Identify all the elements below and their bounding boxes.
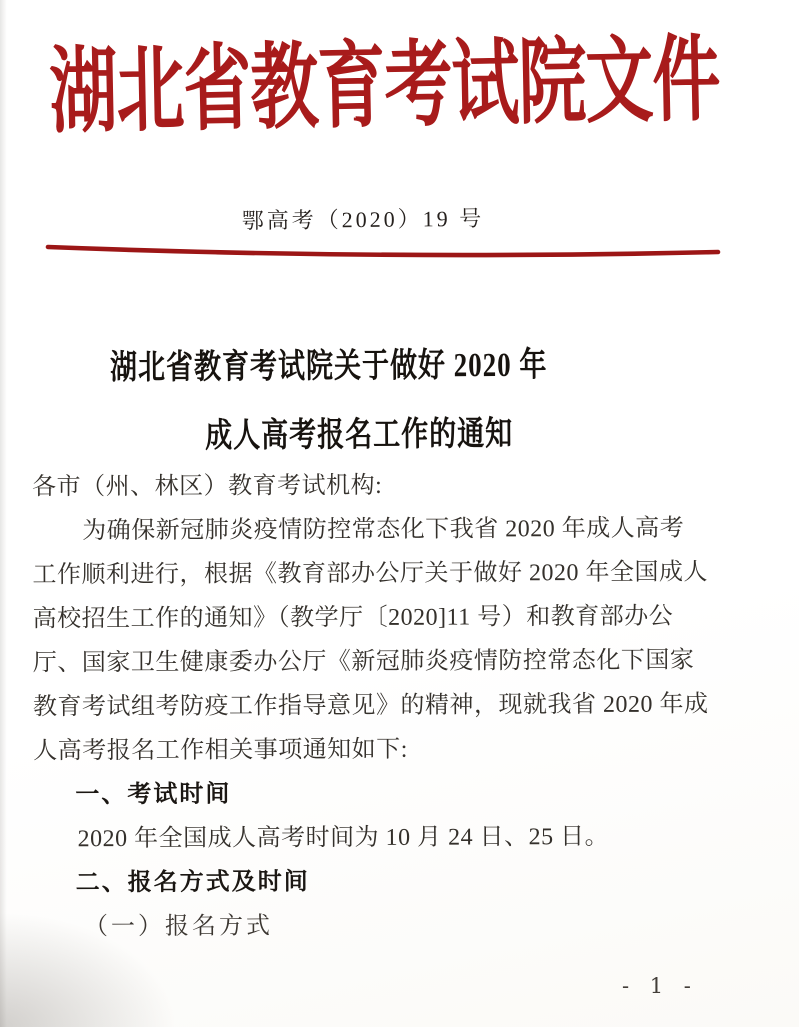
section1-text: 2020 年全国成人高考时间为 10 月 24 日、25 日。	[33, 815, 681, 862]
paragraph-line-3: 高校招生工作的通知》（教学厅〔2020]11 号）和教育部办公	[33, 595, 681, 642]
section2-subheading: （一）报名方式	[34, 903, 682, 950]
red-divider-line	[44, 240, 724, 266]
document-number: 鄂高考（2020）19 号	[33, 201, 693, 240]
document-body: 各市（州、林区）教育考试机构: 为确保新冠肺炎疫情防控常态化下我省 2020 年…	[32, 463, 682, 950]
page-number: - 1 -	[622, 974, 698, 998]
paragraph-line-6: 人高考报名工作相关事项通知如下:	[33, 727, 681, 774]
section2-heading: 二、报名方式及时间	[34, 859, 682, 906]
document-title-line2: 成人高考报名工作的通知	[36, 398, 681, 471]
paragraph-line-4: 厅、国家卫生健康委办公厅《新冠肺炎疫情防控常态化下国家	[33, 639, 681, 686]
document-title-line1: 湖北省教育考试院关于做好 2020 年	[6, 330, 651, 403]
salutation-line: 各市（州、林区）教育考试机构:	[32, 463, 680, 510]
paragraph-line-1: 为确保新冠肺炎疫情防控常态化下我省 2020 年成人高考	[32, 507, 680, 554]
paragraph-line-5: 教育考试组考防疫工作指导意见》的精神，现就我省 2020 年成	[33, 683, 681, 730]
agency-header-title: 湖北省教育考试院文件	[0, 15, 785, 157]
section1-heading: 一、考试时间	[33, 771, 681, 818]
document-title: 湖北省教育考试院关于做好 2020 年 成人高考报名工作的通知	[28, 330, 674, 472]
scanned-document-page: 湖北省教育考试院文件 鄂高考（2020）19 号 湖北省教育考试院关于做好 20…	[0, 0, 799, 1027]
paragraph-line-2: 工作顺利进行，根据《教育部办公厅关于做好 2020 年全国成人	[32, 551, 680, 598]
